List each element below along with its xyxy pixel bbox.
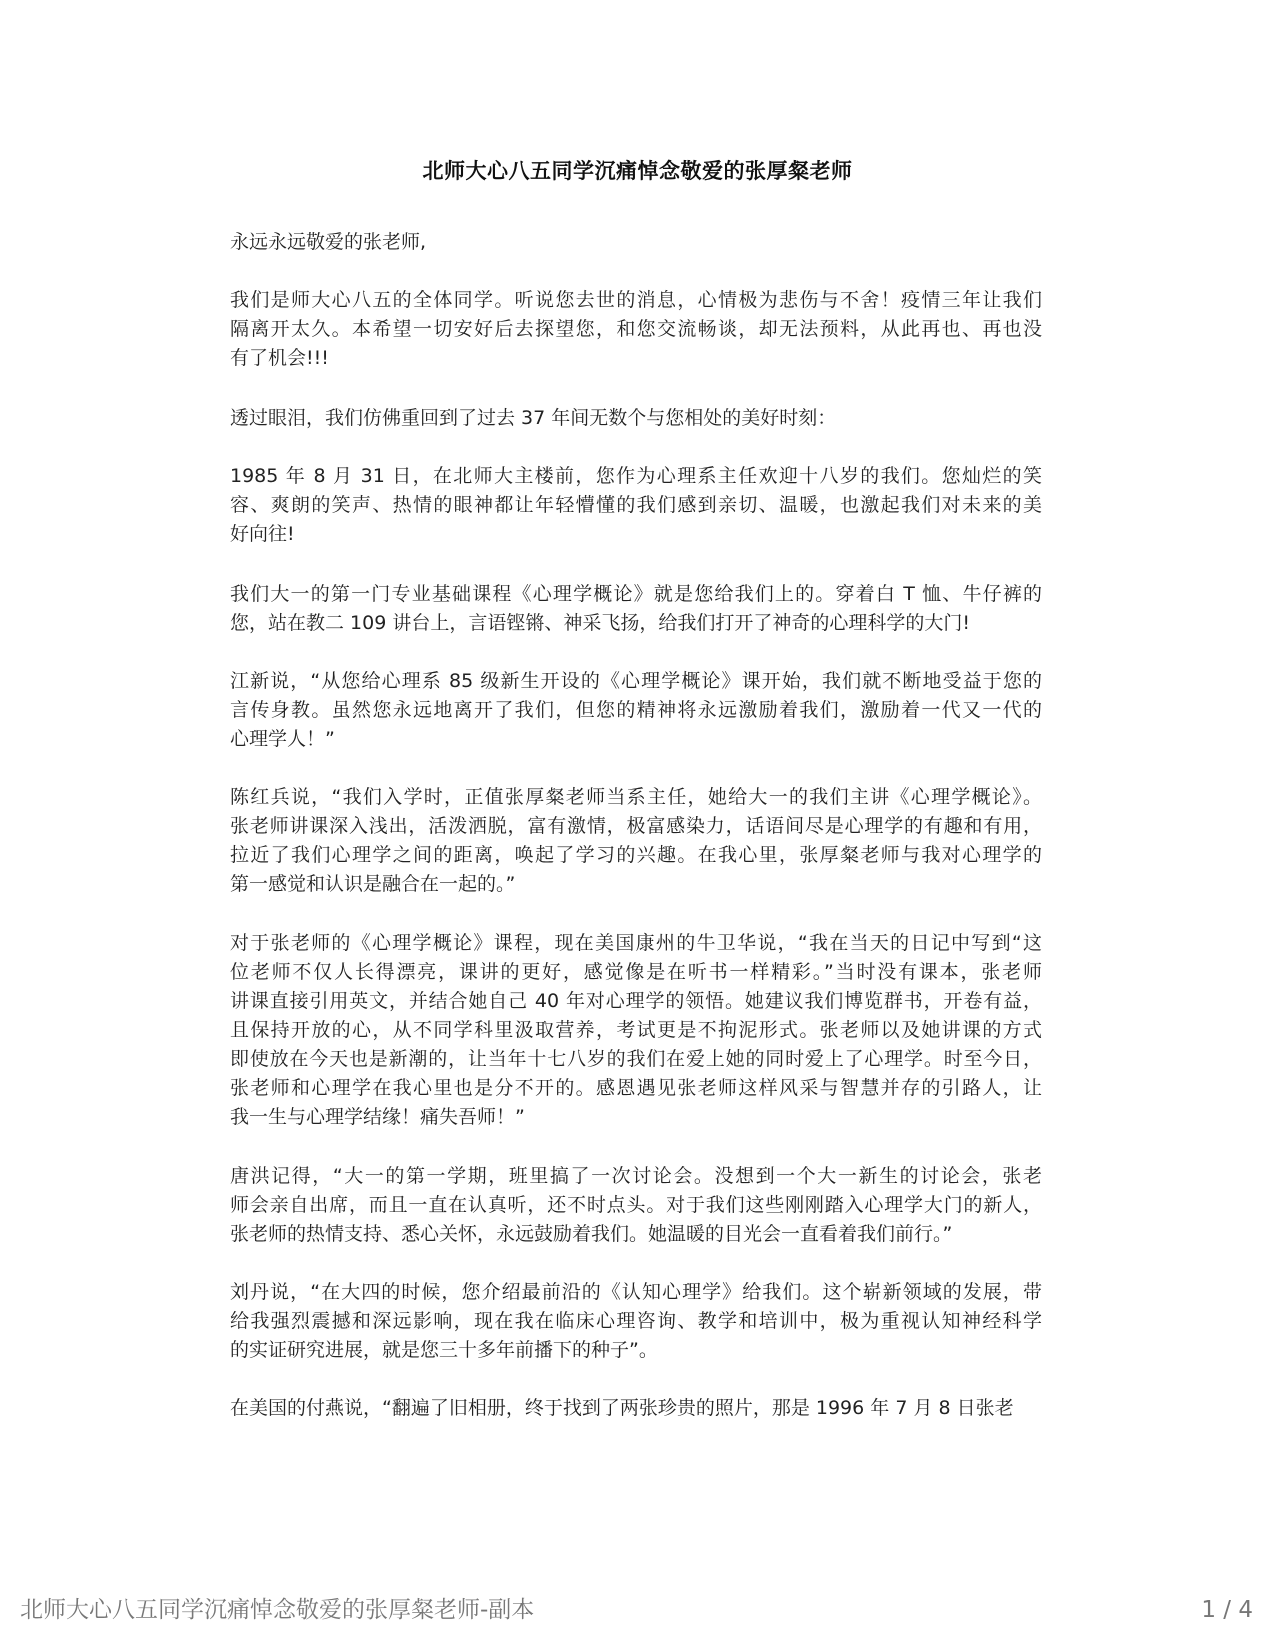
paragraph-line: 您，站在教二 109 讲台上，言语铿锵、神采飞扬，给我们打开了神奇的心理科学的大… [230, 609, 970, 638]
paragraph-line: 第一感觉和认识是融合在一起的。” [230, 870, 515, 899]
document-page: 北师大心八五同学沉痛悼念敬爱的张厚粲老师 永远永远敬爱的张老师,我们是师大心八五… [0, 0, 1275, 1560]
paragraph-line: 我们是师大心八五的全体同学。听说您去世的消息，心情极为悲伤与不舍！疫情三年让我们 [230, 286, 1042, 315]
viewer-footer: 北师大心八五同学沉痛悼念敬爱的张厚粲老师-副本 1 / 4 [0, 1590, 1275, 1630]
paragraph-line: 且保持开放的心，从不同学科里汲取营养，考试更是不拘泥形式。张老师以及她讲课的方式 [230, 1016, 1042, 1045]
paragraph-line: 位老师不仅人长得漂亮，课讲的更好，感觉像是在听书一样精彩。”当时没有课本，张老师 [230, 958, 1042, 987]
paragraph-line: 给我强烈震撼和深远影响，现在我在临床心理咨询、教学和培训中，极为重视认知神经科学 [230, 1307, 1042, 1336]
paragraph-line: 透过眼泪，我们仿佛重回到了过去 37 年间无数个与您相处的美好时刻： [230, 404, 836, 433]
paragraph-line: 刘丹说，“在大四的时候，您介绍最前沿的《认知心理学》给我们。这个崭新领域的发展，… [230, 1278, 1042, 1307]
paragraph-line: 张老师的热情支持、悉心关怀，永远鼓励着我们。她温暖的目光会一直看着我们前行。” [230, 1220, 952, 1249]
paragraph-line: 容、爽朗的笑声、热情的眼神都让年轻懵懂的我们感到亲切、温暖，也激起我们对未来的美 [230, 491, 1042, 520]
paragraph-line: 即使放在今天也是新潮的，让当年十七八岁的我们在爱上她的同时爱上了心理学。时至今日… [230, 1045, 1042, 1074]
paragraph-line: 陈红兵说，“我们入学时，正值张厚粲老师当系主任，她给大一的我们主讲《心理学概论》… [230, 783, 1042, 812]
paragraph-line: 讲课直接引用英文，并结合她自己 40 年对心理学的领悟。她建议我们博览群书，开卷… [230, 987, 1042, 1016]
paragraph-line: 张老师讲课深入浅出，活泼洒脱，富有激情，极富感染力，话语间尽是心理学的有趣和有用… [230, 812, 1042, 841]
paragraph-line: 言传身教。虽然您永远地离开了我们，但您的精神将永远激励着我们，激励着一代又一代的 [230, 696, 1042, 725]
paragraph-line: 拉近了我们心理学之间的距离，唤起了学习的兴趣。在我心里，张厚粲老师与我对心理学的 [230, 841, 1042, 870]
paragraph-line: 江新说，“从您给心理系 85 级新生开设的《心理学概论》课开始，我们就不断地受益… [230, 667, 1042, 696]
paragraph-line: 有了机会!!! [230, 344, 329, 373]
paragraph-line: 永远永远敬爱的张老师, [230, 228, 426, 257]
paragraph-line: 张老师和心理学在我心里也是分不开的。感恩遇见张老师这样风采与智慧并存的引路人，让 [230, 1074, 1042, 1103]
paragraph-line: 我一生与心理学结缘！痛失吾师！” [230, 1103, 525, 1132]
paragraph-line: 好向往! [230, 520, 295, 549]
document-title: 北师大心八五同学沉痛悼念敬爱的张厚粲老师 [0, 155, 1275, 185]
paragraph-line: 隔离开太久。本希望一切安好后去探望您，和您交流畅谈，却无法预料，从此再也、再也没 [230, 315, 1042, 344]
paragraph-line: 在美国的付燕说，“翻遍了旧相册，终于找到了两张珍贵的照片，那是 1996 年 7… [230, 1394, 1014, 1423]
paragraph-line: 唐洪记得，“大一的第一学期，班里搞了一次讨论会。没想到一个大一新生的讨论会，张老 [230, 1162, 1042, 1191]
paragraph-line: 的实证研究进展，就是您三十多年前播下的种子”。 [230, 1336, 658, 1365]
paragraph-line: 对于张老师的《心理学概论》课程，现在美国康州的牛卫华说，“我在当天的日记中写到“… [230, 929, 1042, 958]
footer-document-name: 北师大心八五同学沉痛悼念敬爱的张厚粲老师-副本 [20, 1590, 534, 1630]
paragraph-line: 1985 年 8 月 31 日，在北师大主楼前，您作为心理系主任欢迎十八岁的我们… [230, 462, 1042, 491]
paragraph-line: 我们大一的第一门专业基础课程《心理学概论》就是您给我们上的。穿着白 T 恤、牛仔… [230, 580, 1042, 609]
page-indicator: 1 / 4 [1201, 1590, 1253, 1630]
paragraph-line: 心理学人！” [230, 725, 335, 754]
paragraph-line: 师会亲自出席，而且一直在认真听，还不时点头。对于我们这些刚刚踏入心理学大门的新人… [230, 1191, 1042, 1220]
